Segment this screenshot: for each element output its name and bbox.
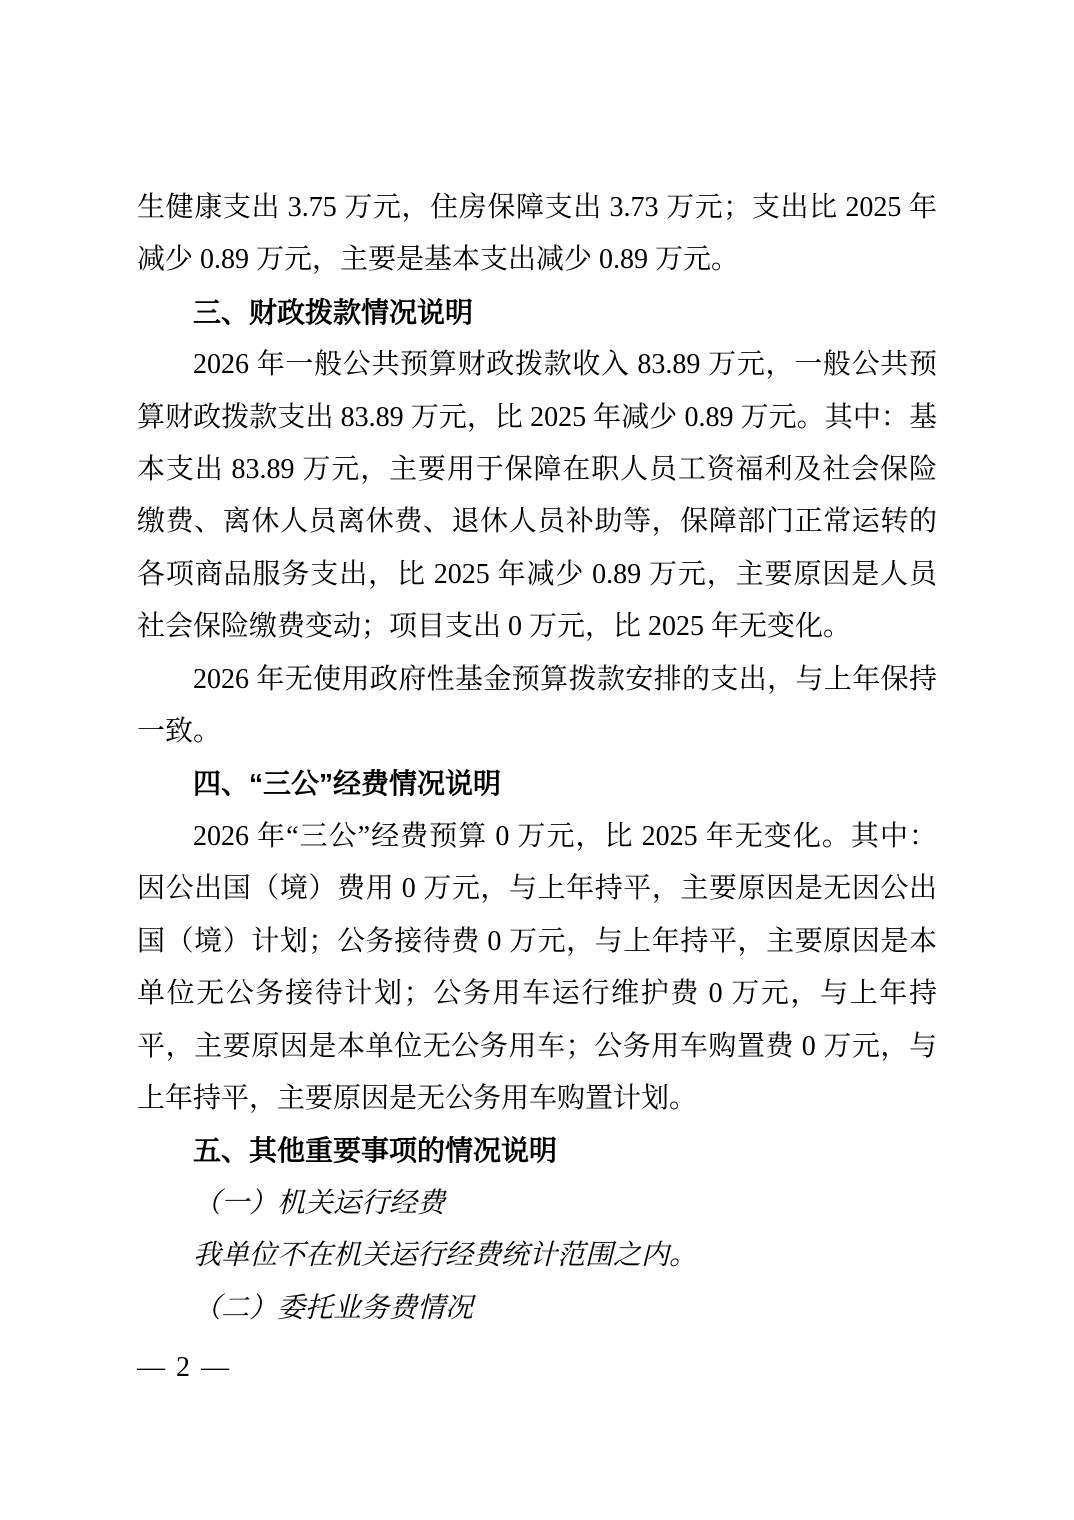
section-heading-three-public-expenses: 四、“三公”经费情况说明 bbox=[137, 758, 937, 810]
paragraph-government-fund: 2026 年无使用政府性基金预算拨款安排的支出，与上年保持一致。 bbox=[137, 654, 937, 759]
paragraph-three-public-expenses-detail: 2026 年“三公”经费预算 0 万元，比 2025 年无变化。其中：因公出国（… bbox=[137, 811, 937, 1125]
document-body: 生健康支出 3.75 万元，住房保障支出 3.73 万元；支出比 2025 年减… bbox=[137, 182, 937, 1335]
paragraph-expenditure-continuation: 生健康支出 3.75 万元，住房保障支出 3.73 万元；支出比 2025 年减… bbox=[137, 182, 937, 287]
subitem-2-entrusted-business-fees: （二）委托业务费情况 bbox=[137, 1283, 937, 1335]
subitem-1-agency-operating-funds: （一）机关运行经费 bbox=[137, 1178, 937, 1230]
paragraph-agency-operating-funds-note: 我单位不在机关运行经费统计范围之内。 bbox=[137, 1230, 937, 1282]
section-heading-fiscal-allocation: 三、财政拨款情况说明 bbox=[137, 287, 937, 339]
paragraph-fiscal-allocation-detail: 2026 年一般公共预算财政拨款收入 83.89 万元，一般公共预算财政拨款支出… bbox=[137, 339, 937, 653]
document-page: 生健康支出 3.75 万元，住房保障支出 3.73 万元；支出比 2025 年减… bbox=[0, 0, 1074, 1520]
section-heading-other-important-matters: 五、其他重要事项的情况说明 bbox=[137, 1125, 937, 1177]
page-number: — 2 — bbox=[137, 1352, 231, 1384]
